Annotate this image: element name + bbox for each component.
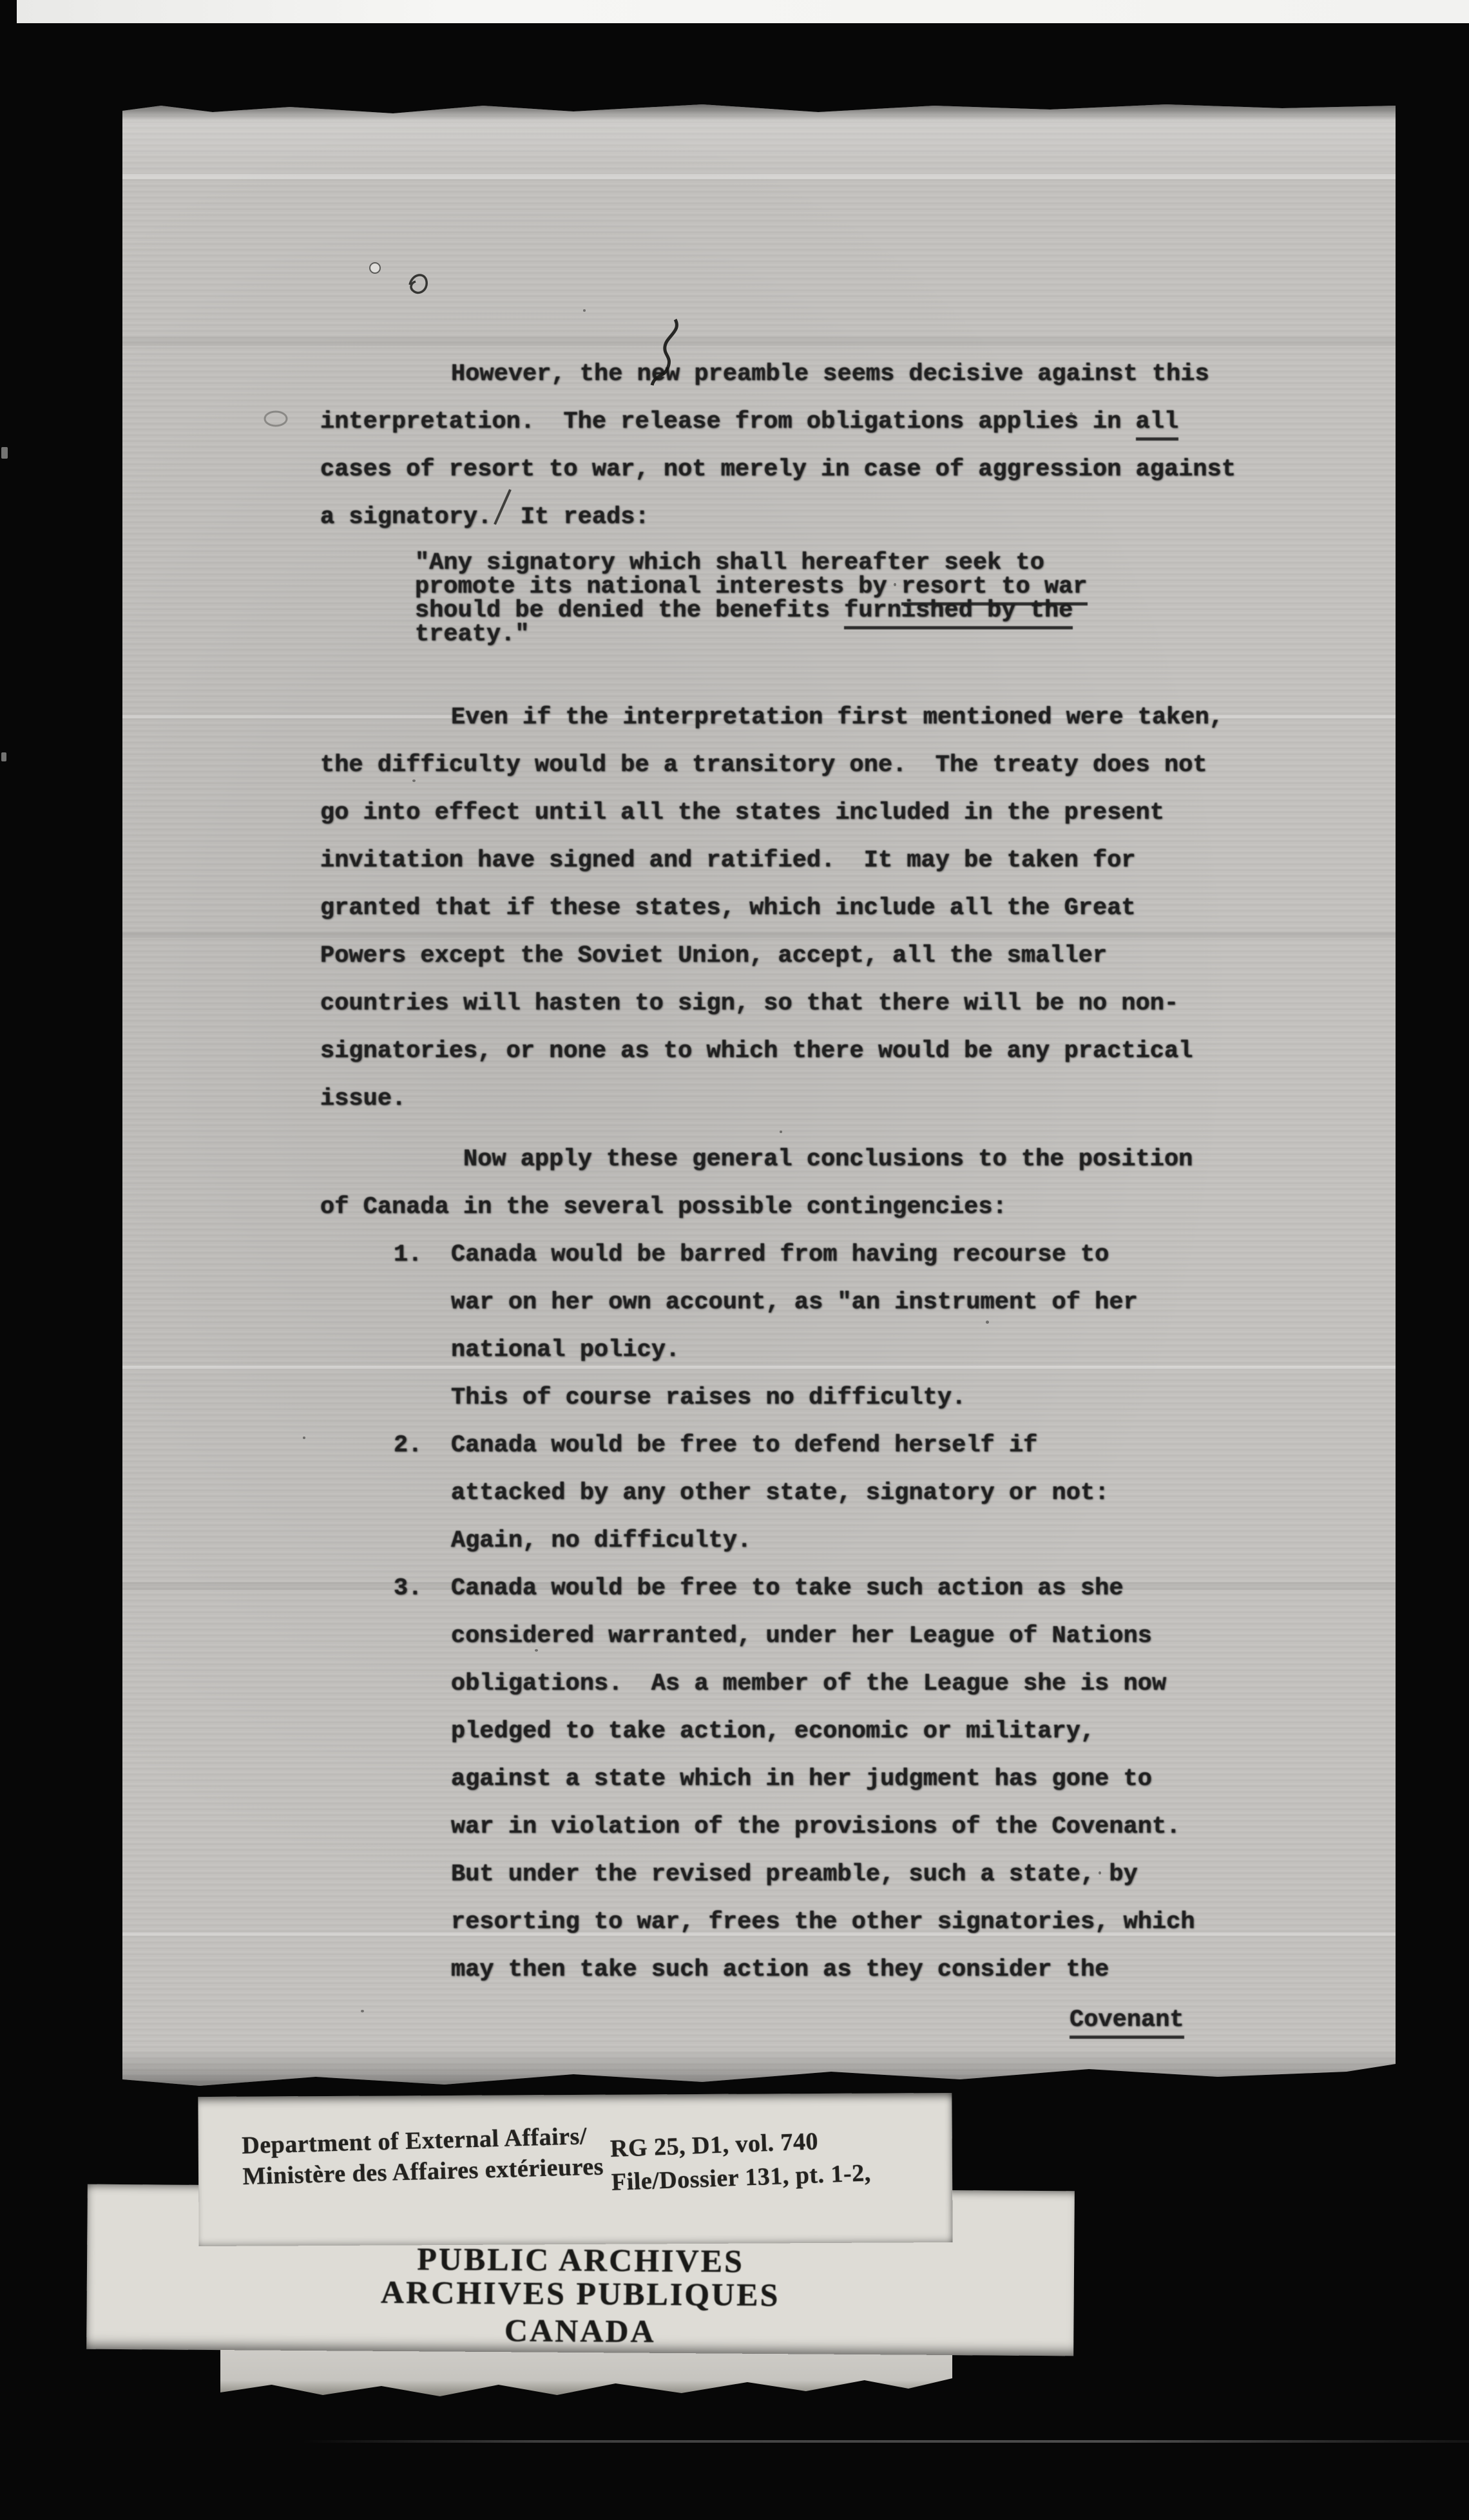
typed-line: Covenant bbox=[1070, 2009, 1184, 2032]
typed-text: Again, no difficulty. bbox=[451, 1527, 751, 1554]
typed-text: countries will hasten to sign, so that t… bbox=[320, 990, 1178, 1017]
department-name-bilingual: Department of External Affairs/ Ministèr… bbox=[242, 2120, 604, 2192]
typed-line: Now apply these general conclusions to t… bbox=[463, 1148, 1193, 1172]
typed-text: Even if the interpretation first mention… bbox=[451, 704, 1224, 731]
underlined-text: furnished by the bbox=[844, 597, 1073, 629]
typed-line: go into effect until all the states incl… bbox=[320, 801, 1164, 825]
typed-line: Canada would be free to take such action… bbox=[451, 1577, 1124, 1601]
typed-text: war in violation of the provisions of th… bbox=[451, 1813, 1180, 1840]
typed-line: obligations. As a member of the League s… bbox=[451, 1672, 1166, 1696]
typed-line: resorting to war, frees the other signat… bbox=[451, 1911, 1195, 1934]
typed-text: promote its national interests by bbox=[415, 573, 901, 600]
typed-line: may then take such action as they consid… bbox=[451, 1958, 1109, 1982]
typed-line: Canada would be barred from having recou… bbox=[451, 1243, 1109, 1267]
typed-line: national policy. bbox=[451, 1339, 680, 1362]
typed-text: war on her own account, as "an instrumen… bbox=[451, 1289, 1138, 1316]
typed-text: should be denied the benefits bbox=[415, 597, 844, 624]
typed-line: But under the revised preamble, such a s… bbox=[451, 1863, 1138, 1887]
typed-text: treaty." bbox=[415, 621, 530, 648]
typed-text: signatories, or none as to which there w… bbox=[320, 1038, 1193, 1065]
typed-line: considered warranted, under her League o… bbox=[451, 1625, 1152, 1648]
archive-reference-card: Department of External Affairs/ Ministèr… bbox=[198, 2093, 952, 2246]
typed-line: promote its national interests by resort… bbox=[415, 575, 1088, 599]
film-scratch-line bbox=[303, 2440, 1469, 2443]
typed-text: against a state which in her judgment ha… bbox=[451, 1766, 1152, 1793]
typed-text: Canada would be free to take such action… bbox=[451, 1575, 1124, 1602]
typed-text: invitation have signed and ratified. It … bbox=[320, 847, 1136, 874]
typed-text: This of course raises no difficulty. bbox=[451, 1384, 966, 1411]
typed-line: interpretation. The release from obligat… bbox=[320, 410, 1178, 434]
typed-line: issue. bbox=[320, 1087, 406, 1111]
typed-text: the difficulty would be a transitory one… bbox=[320, 752, 1207, 779]
typed-text: national policy. bbox=[451, 1337, 680, 1364]
typed-line: cases of resort to war, not merely in ca… bbox=[320, 458, 1236, 482]
typed-text: Powers except the Soviet Union, accept, … bbox=[320, 942, 1107, 969]
typed-text: Canada would be free to defend herself i… bbox=[451, 1432, 1037, 1459]
typed-line: treaty." bbox=[415, 623, 530, 647]
typed-text: of Canada in the several possible contin… bbox=[320, 1194, 1007, 1221]
typed-text: obligations. As a member of the League s… bbox=[451, 1670, 1166, 1697]
typed-text: may then take such action as they consid… bbox=[451, 1956, 1109, 1983]
stamp-line: ARCHIVES PUBLIQUES bbox=[87, 2273, 1074, 2314]
typed-line: This of course raises no difficulty. bbox=[451, 1386, 966, 1410]
typed-line: countries will hasten to sign, so that t… bbox=[320, 992, 1178, 1016]
typed-line: granted that if these states, which incl… bbox=[320, 897, 1136, 921]
typed-text: But under the revised preamble, such a s… bbox=[451, 1861, 1138, 1888]
typed-line: against a state which in her judgment ha… bbox=[451, 1768, 1152, 1791]
archive-reference-number: RG 25, D1, vol. 740 File/Dossier 131, pt… bbox=[610, 2123, 871, 2199]
typed-text: considered warranted, under her League o… bbox=[451, 1623, 1152, 1650]
typed-line: pledged to take action, economic or mili… bbox=[451, 1720, 1095, 1744]
typed-text: cases of resort to war, not merely in ca… bbox=[320, 456, 1236, 483]
typed-text: 3. bbox=[394, 1575, 422, 1602]
typed-text: Now apply these general conclusions to t… bbox=[463, 1146, 1193, 1173]
typed-line: 1. bbox=[394, 1243, 422, 1267]
typed-text: pledged to take action, economic or mili… bbox=[451, 1718, 1095, 1745]
typed-text: attacked by any other state, signatory o… bbox=[451, 1480, 1109, 1507]
typed-text: 2. bbox=[394, 1432, 422, 1459]
typed-text: Canada would be barred from having recou… bbox=[451, 1241, 1109, 1268]
typed-text: interpretation. The release from obligat… bbox=[320, 408, 1136, 435]
typed-line: Canada would be free to defend herself i… bbox=[451, 1434, 1037, 1458]
typed-text: go into effect until all the states incl… bbox=[320, 799, 1164, 826]
typed-line: attacked by any other state, signatory o… bbox=[451, 1482, 1109, 1505]
public-archives-stamp-text: PUBLIC ARCHIVES ARCHIVES PUBLIQUES CANAD… bbox=[86, 2240, 1074, 2351]
typed-line: invitation have signed and ratified. It … bbox=[320, 849, 1136, 873]
typed-line: war in violation of the provisions of th… bbox=[451, 1815, 1180, 1839]
typed-line: However, the new preamble seems decisive… bbox=[451, 363, 1209, 387]
underlined-text: Covenant bbox=[1070, 2007, 1184, 2039]
typed-line: of Canada in the several possible contin… bbox=[320, 1196, 1007, 1219]
stamp-line: CANADA bbox=[86, 2311, 1073, 2351]
typed-line: the difficulty would be a transitory one… bbox=[320, 754, 1207, 778]
typed-line: 3. bbox=[394, 1577, 422, 1601]
typed-line: war on her own account, as "an instrumen… bbox=[451, 1291, 1138, 1315]
typed-text: granted that if these states, which incl… bbox=[320, 895, 1136, 922]
underlined-text: all bbox=[1136, 408, 1179, 441]
typed-text: However, the new preamble seems decisive… bbox=[451, 361, 1209, 388]
typed-line: should be denied the benefits furnished … bbox=[415, 599, 1073, 623]
film-speck bbox=[1, 752, 6, 761]
typed-text: 1. bbox=[394, 1241, 422, 1268]
film-speck bbox=[1, 447, 8, 459]
typed-text: issue. bbox=[320, 1085, 406, 1112]
typed-line: 2. bbox=[394, 1434, 422, 1458]
typed-text: resorting to war, frees the other signat… bbox=[451, 1909, 1195, 1936]
typed-text: "Any signatory which shall hereafter see… bbox=[415, 549, 1044, 577]
typed-text: a signatory. It reads: bbox=[320, 504, 649, 531]
typed-line: Again, no difficulty. bbox=[451, 1529, 751, 1553]
typed-line: "Any signatory which shall hereafter see… bbox=[415, 551, 1044, 575]
typed-line: signatories, or none as to which there w… bbox=[320, 1040, 1193, 1064]
typed-line: Powers except the Soviet Union, accept, … bbox=[320, 944, 1107, 968]
typed-line: Even if the interpretation first mention… bbox=[451, 706, 1224, 730]
typed-line: a signatory. It reads: bbox=[320, 506, 649, 530]
